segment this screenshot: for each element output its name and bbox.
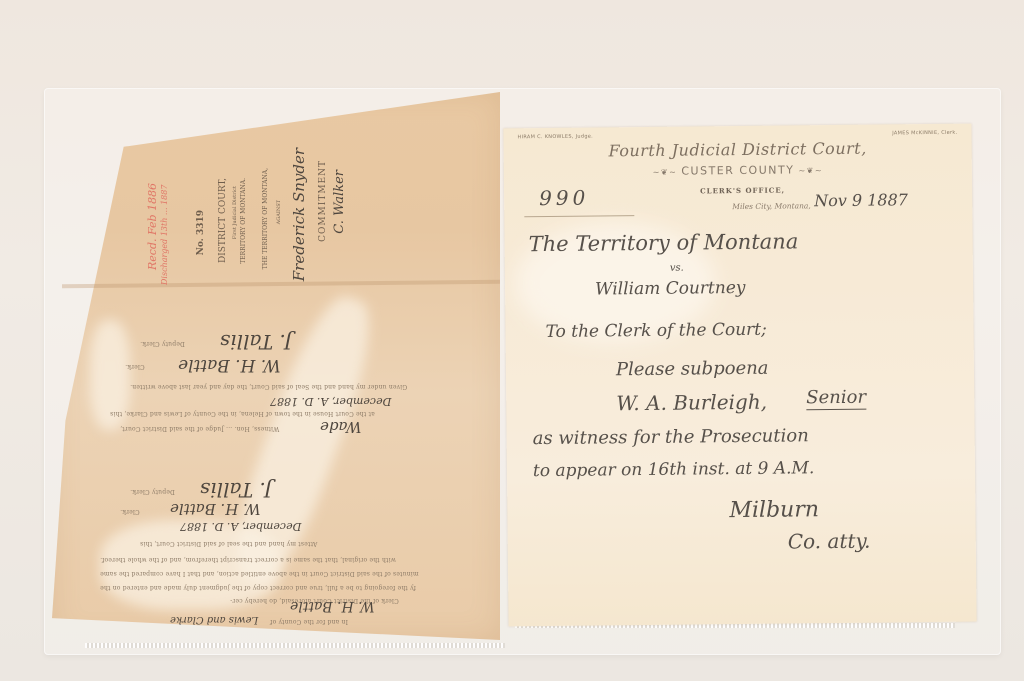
deputy-clerk-label-2: Deputy Clerk.	[130, 488, 175, 495]
county-signature: Lewis and Clarke	[170, 614, 258, 625]
county-heading: CUSTER COUNTY	[504, 162, 972, 180]
case-caption: THE TERRITORY OF MONTANA,	[262, 168, 269, 269]
district-line: First Judicial District	[232, 186, 238, 239]
place-line: Miles City, Montana,	[732, 201, 811, 211]
versus-label: AGAINST	[276, 200, 282, 224]
red-endorsement-line2: Discharged 13th ... 1887	[160, 150, 169, 285]
witness-name-line: W. A. Burleigh,	[616, 390, 767, 416]
clerk-signature-3: W. H. Battle	[290, 598, 375, 614]
judge-header: HIRAM C. KNOWLES, Judge.	[517, 134, 593, 141]
court-held-line: at the Court House in the town of Helena…	[110, 410, 375, 417]
certify-line-3: fy the foregoing to be a full, true and …	[100, 584, 416, 591]
deputy-signature-1: J. Tallis	[220, 330, 292, 354]
filed-by-signature: C. Walker	[332, 170, 347, 234]
deputy-signature-2: J. Tallis	[200, 478, 272, 502]
request-line: Please subpoena	[616, 358, 769, 381]
plaintiff-line: The Territory of Montana	[528, 229, 798, 256]
red-endorsement-line1: Recd. Feb 1886	[146, 170, 159, 270]
clerk-label-2: Clerk.	[120, 508, 140, 515]
clerk-label-1: Clerk.	[125, 363, 145, 370]
witness-line: Given under my hand and the Seal of said…	[130, 383, 407, 390]
case-number-rule	[524, 215, 634, 217]
right-document: HIRAM C. KNOWLES, Judge. JAMES McKINNIE,…	[503, 124, 976, 627]
court-heading: DISTRICT COURT,	[218, 178, 228, 263]
court-title: Fourth Judicial District Court,	[504, 138, 972, 162]
attorney-signature: Milburn	[729, 497, 819, 523]
sleeve-perforation-left	[85, 643, 505, 648]
certify-line-1: with the original, that the same is a co…	[100, 556, 396, 563]
certify-line-2: minutes of the said District Court in th…	[100, 570, 419, 577]
clerk-signature-2: W. H. Battle	[170, 500, 261, 518]
clerk-header: JAMES McKINNIE, Clerk.	[892, 130, 957, 137]
case-number: 990	[539, 186, 589, 211]
defendant-signature: Frederick Snyder	[290, 148, 308, 281]
document-date: Nov 9 1887	[814, 190, 908, 210]
appearance-line: to appear on 16th inst. at 9 A.M.	[533, 458, 815, 481]
attorney-title: Co. atty.	[788, 529, 871, 554]
document-type: COMMITMENT	[318, 160, 328, 242]
defendant-line: William Courtney	[595, 278, 746, 300]
date-1: December, A. D. 1887	[270, 395, 391, 408]
judge-signature: Wade	[320, 418, 362, 436]
date-2: December, A. D. 1887	[180, 520, 301, 533]
witness-judge-line: Witness, Hon. ... Judge of the said Dist…	[120, 425, 279, 432]
county-line: In and for the County of	[270, 618, 348, 625]
addressee-line: To the Clerk of the Court;	[545, 320, 766, 342]
clerk-signature-1: W. H. Battle	[178, 355, 281, 375]
docket-number: No. 3319	[196, 210, 206, 255]
purpose-line: as witness for the Prosecution	[533, 425, 809, 449]
versus-line: vs.	[670, 263, 684, 274]
territory-line: TERRITORY OF MONTANA.	[240, 178, 247, 264]
attest-line: Attest my hand and the seal of said Dist…	[140, 540, 317, 547]
clerks-office-heading: CLERK'S OFFICE,	[700, 186, 785, 196]
deputy-clerk-label-1: Deputy Clerk.	[140, 340, 185, 347]
witness-suffix: Senior	[806, 387, 866, 411]
